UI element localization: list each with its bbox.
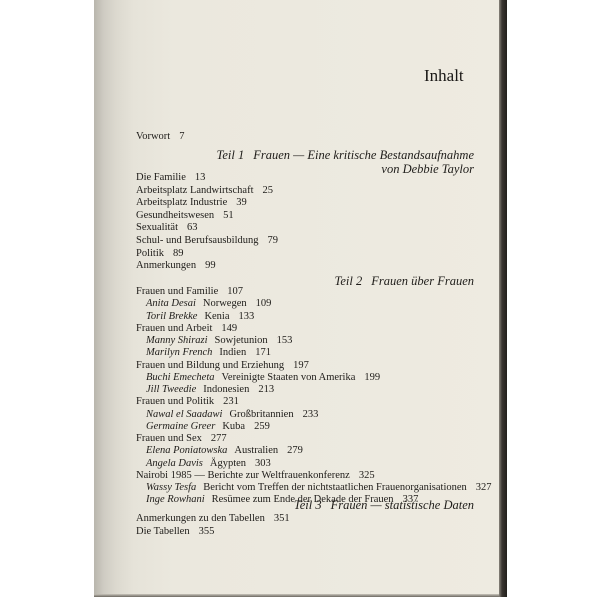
toc-entry: Toril BrekkeKenia133 — [146, 311, 254, 323]
entry-title: Die Tabellen — [136, 526, 190, 537]
toc-entry: Anmerkungen99 — [136, 260, 216, 272]
entry-title: Arbeitsplatz Industrie — [136, 197, 227, 208]
toc-entry: Anmerkungen zu den Tabellen351 — [136, 513, 290, 525]
entry-page: 303 — [255, 458, 271, 469]
entry-author: Toril Brekke — [146, 311, 197, 322]
toc-entry: Wassy TesfaBericht vom Treffen der nicht… — [146, 482, 492, 494]
entry-author: Angela Davis — [146, 458, 203, 469]
toc-entry: Schul- und Berufsausbildung79 — [136, 235, 278, 247]
entry-title: Vorwort — [136, 131, 170, 142]
entry-title: Die Familie — [136, 172, 186, 183]
entry-title: Frauen und Sex — [136, 433, 202, 444]
toc-entry: Nawal el SaadawiGroßbritannien233 — [146, 409, 318, 421]
toc-entry: Nairobi 1985 — Berichte zur Weltfrauenko… — [136, 470, 375, 482]
entry-page: 63 — [187, 222, 198, 233]
toc-entry: Die Familie13 — [136, 172, 205, 184]
entry-page: 199 — [364, 372, 380, 383]
entry-page: 153 — [277, 335, 293, 346]
toc-entry: Marilyn FrenchIndien171 — [146, 347, 271, 359]
entry-author: Inge Rowhani — [146, 494, 205, 505]
entry-title: Anmerkungen — [136, 260, 196, 271]
entry-page: 51 — [223, 210, 234, 221]
entry-title: Frauen und Arbeit — [136, 323, 212, 334]
entry-page: 213 — [258, 384, 274, 395]
entry-title: Frauen und Familie — [136, 286, 218, 297]
toc-entry: Gesundheitswesen51 — [136, 210, 234, 222]
book-page: Inhalt Vorwort7 Teil 1Frauen — Eine krit… — [94, 0, 507, 597]
entry-author: Anita Desai — [146, 298, 196, 309]
entry-title: Großbritannien — [229, 409, 293, 420]
entry-page: 233 — [303, 409, 319, 420]
toc-entry: Frauen und Arbeit149 — [136, 323, 237, 335]
entry-page: 13 — [195, 172, 206, 183]
part-label: Teil 1 — [217, 148, 245, 162]
part-title: Frauen — statistische Daten — [331, 498, 474, 512]
entry-page: 133 — [239, 311, 255, 322]
entry-title: Sowjetunion — [215, 335, 268, 346]
entry-page: 277 — [211, 433, 227, 444]
toc-entry: Elena PoniatowskaAustralien279 — [146, 445, 303, 457]
part-2-heading: Teil 2Frauen über Frauen — [335, 274, 474, 288]
entry-title: Bericht vom Treffen der nichtstaatlichen… — [203, 482, 467, 493]
entry-page: 89 — [173, 248, 184, 259]
entry-page: 109 — [256, 298, 272, 309]
entry-title: Gesundheitswesen — [136, 210, 214, 221]
entry-title: Schul- und Berufsausbildung — [136, 235, 259, 246]
entry-page: 7 — [179, 131, 184, 142]
entry-author: Buchi Emecheta — [146, 372, 215, 383]
entry-title: Ägypten — [210, 458, 246, 469]
part-title: Frauen über Frauen — [371, 274, 474, 288]
toc-entry: Frauen und Bildung und Erziehung197 — [136, 360, 309, 372]
entry-page: 327 — [476, 482, 492, 493]
toc-entry: Die Tabellen355 — [136, 526, 214, 538]
part-3-heading: Teil 3Frauen — statistische Daten — [294, 498, 474, 512]
part-title: Frauen — Eine kritische Bestandsaufnahme — [253, 148, 474, 162]
part-1-heading: Teil 1Frauen — Eine kritische Bestandsau… — [217, 148, 474, 162]
entry-title: Arbeitsplatz Landwirtschaft — [136, 185, 254, 196]
entry-title: Frauen und Politik — [136, 396, 214, 407]
entry-author: Marilyn French — [146, 347, 212, 358]
entry-page: 355 — [199, 526, 215, 537]
entry-page: 25 — [263, 185, 274, 196]
entry-title: Norwegen — [203, 298, 247, 309]
entry-title: Politik — [136, 248, 164, 259]
entry-page: 171 — [255, 347, 271, 358]
toc-entry: Jill TweedieIndonesien213 — [146, 384, 274, 396]
entry-page: 325 — [359, 470, 375, 481]
toc-entry: Frauen und Familie107 — [136, 286, 243, 298]
entry-author: Jill Tweedie — [146, 384, 196, 395]
toc-entry: Manny ShiraziSowjetunion153 — [146, 335, 292, 347]
toc-entry: Arbeitsplatz Industrie39 — [136, 197, 247, 209]
toc-entry: Buchi EmechetaVereinigte Staaten von Ame… — [146, 372, 380, 384]
entry-page: 99 — [205, 260, 216, 271]
entry-author: Wassy Tesfa — [146, 482, 196, 493]
entry-author: Elena Poniatowska — [146, 445, 227, 456]
entry-page: 107 — [227, 286, 243, 297]
toc-entry: Angela DavisÄgypten303 — [146, 458, 271, 470]
toc-entry: Arbeitsplatz Landwirtschaft25 — [136, 185, 273, 197]
entry-title: Kuba — [222, 421, 245, 432]
entry-title: Frauen und Bildung und Erziehung — [136, 360, 284, 371]
entry-page: 351 — [274, 513, 290, 524]
entry-title: Anmerkungen zu den Tabellen — [136, 513, 265, 524]
entry-page: 279 — [287, 445, 303, 456]
toc-entry: Germaine GreerKuba259 — [146, 421, 270, 433]
entry-title: Sexualität — [136, 222, 178, 233]
entry-title: Indonesien — [203, 384, 249, 395]
entry-page: 197 — [293, 360, 309, 371]
toc-entry: Sexualität63 — [136, 222, 198, 234]
page-title: Inhalt — [424, 66, 464, 86]
entry-author: Germaine Greer — [146, 421, 215, 432]
page-edge — [94, 594, 507, 597]
toc-entry: Anita DesaiNorwegen109 — [146, 298, 271, 310]
entry-page: 39 — [236, 197, 247, 208]
entry-author: Manny Shirazi — [146, 335, 208, 346]
entry-author: Nawal el Saadawi — [146, 409, 222, 420]
toc-entry: Frauen und Politik231 — [136, 396, 239, 408]
entry-title: Australien — [234, 445, 278, 456]
entry-page: 79 — [268, 235, 279, 246]
toc-entry: Frauen und Sex277 — [136, 433, 227, 445]
entry-page: 259 — [254, 421, 270, 432]
entry-title: Nairobi 1985 — Berichte zur Weltfrauenko… — [136, 470, 350, 481]
entry-page: 149 — [221, 323, 237, 334]
toc-entry-preface: Vorwort7 — [136, 131, 184, 143]
part-1-subtitle: von Debbie Taylor — [381, 162, 474, 176]
toc-entry: Politik89 — [136, 248, 184, 260]
entry-title: Kenia — [204, 311, 229, 322]
entry-page: 231 — [223, 396, 239, 407]
entry-title: Vereinigte Staaten von Amerika — [222, 372, 356, 383]
entry-title: Indien — [219, 347, 246, 358]
part-label: Teil 2 — [335, 274, 363, 288]
part-label: Teil 3 — [294, 498, 322, 512]
